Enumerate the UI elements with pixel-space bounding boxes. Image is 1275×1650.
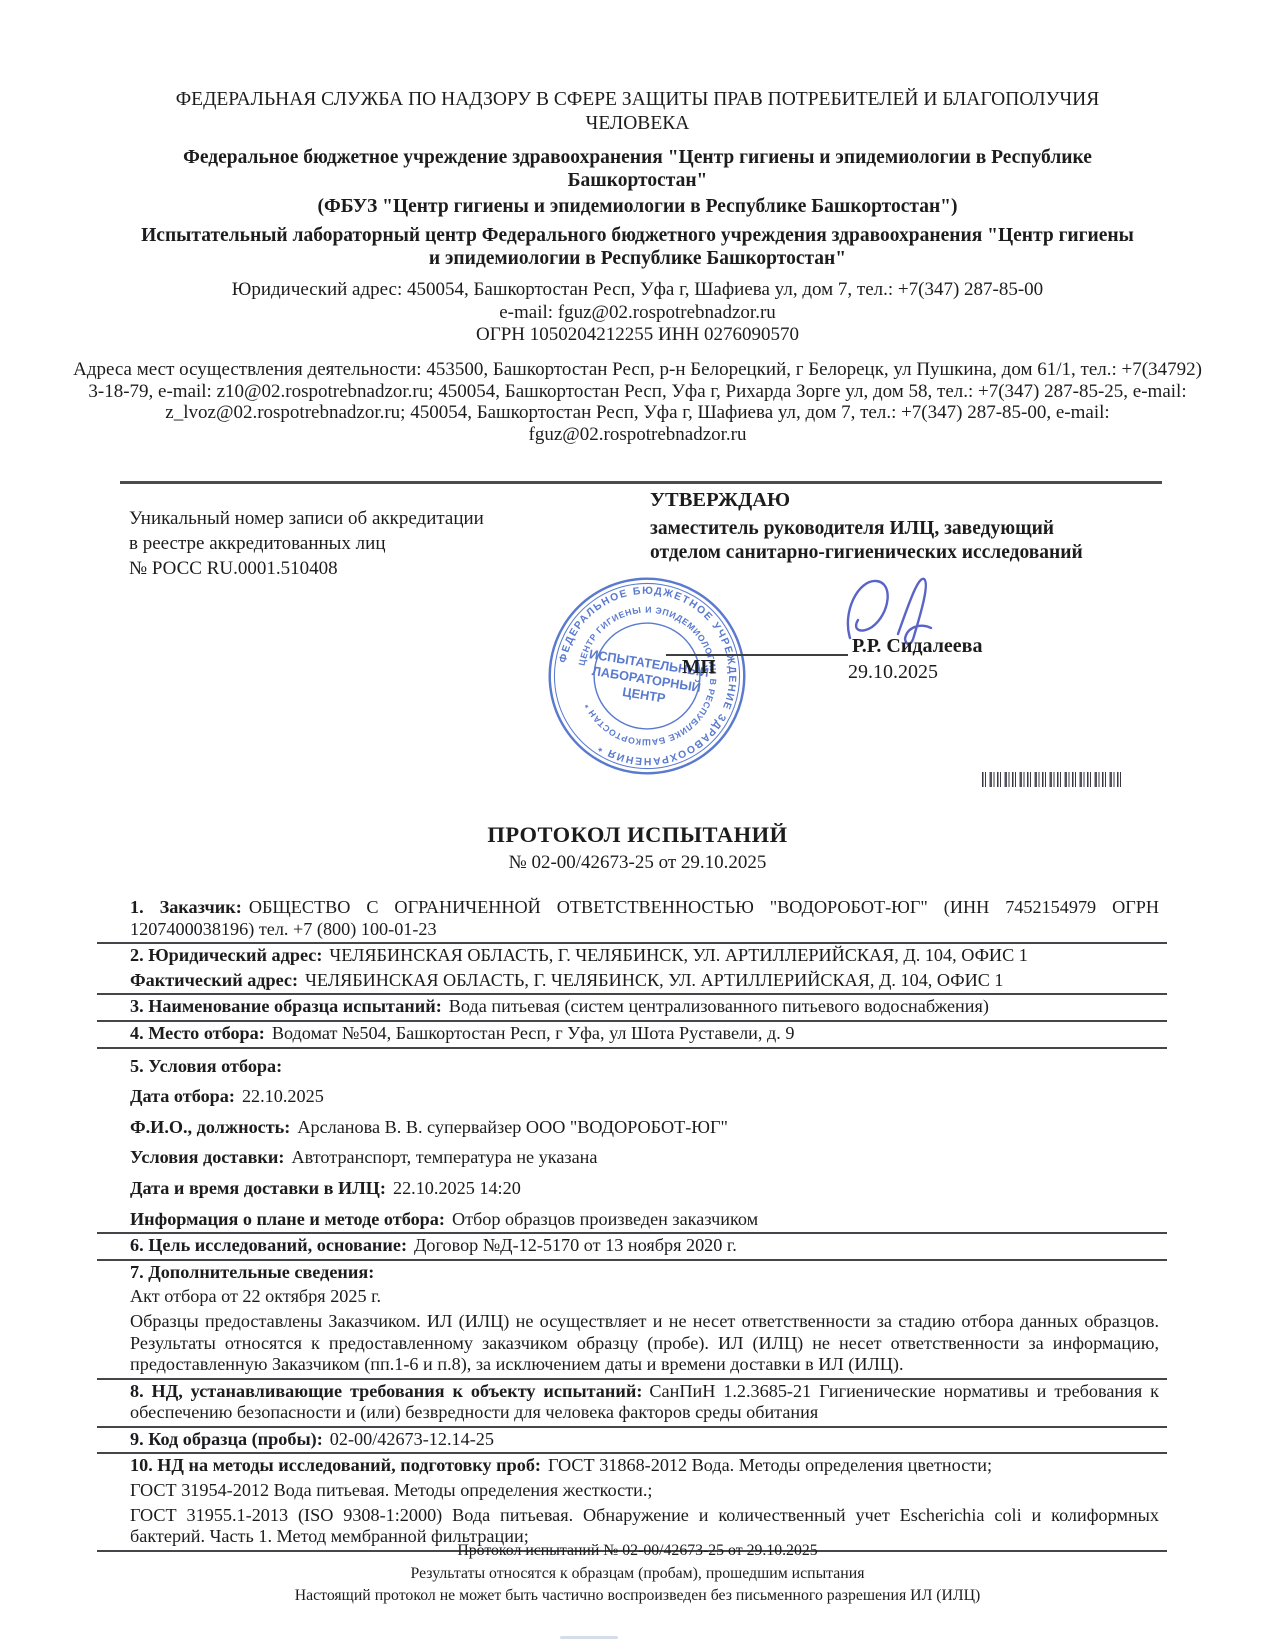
organization-short-name: (ФБУЗ "Центр гигиены и эпидемиологии в Р… [0, 196, 1275, 218]
sampler-name-row: Ф.И.О., должность:Арсланова В. В. суперв… [97, 1116, 1167, 1141]
header-divider [120, 481, 1162, 484]
section-value: ЧЕЛЯБИНСКАЯ ОБЛАСТЬ, Г. ЧЕЛЯБИНСК, УЛ. А… [305, 970, 1003, 990]
method-line: ГОСТ 31954-2012 Вода питьевая. Методы оп… [97, 1479, 1167, 1504]
field-label: Дата отбора: [130, 1086, 235, 1106]
field-value: Отбор образцов произведен заказчиком [452, 1209, 758, 1229]
section-value: Водомат №504, Башкортостан Респ, г Уфа, … [272, 1023, 795, 1043]
section-label: 9. Код образца (пробы): [130, 1429, 323, 1449]
sampling-date-row: Дата отбора:22.10.2025 [97, 1085, 1167, 1110]
barcode [982, 772, 1123, 787]
ogrn-inn-line: ОГРН 1050204212255 ИНН 0276090570 [0, 324, 1275, 347]
section-label-row: 7. Дополнительные сведения: [97, 1261, 1167, 1286]
protocol-sections: 1. Заказчик:ОБЩЕСТВО С ОГРАНИЧЕННОЙ ОТВЕ… [97, 896, 1167, 1552]
section-label: 10. НД на методы исследований, подготовк… [130, 1455, 541, 1475]
approver-position: заместитель руководителя ИЛЦ, заведующий [650, 517, 1083, 541]
section-methods-nd: 10. НД на методы исследований, подготовк… [97, 1454, 1167, 1551]
section-customer: 1. Заказчик:ОБЩЕСТВО С ОГРАНИЧЕННОЙ ОТВЕ… [97, 896, 1167, 944]
section-legal-address: 2. Юридический адрес:ЧЕЛЯБИНСКАЯ ОБЛАСТЬ… [97, 944, 1167, 969]
field-label: Условия доставки: [130, 1147, 284, 1167]
section-sample-code: 9. Код образца (пробы):02-00/42673-12.14… [97, 1428, 1167, 1455]
field-label: Ф.И.О., должность: [130, 1117, 290, 1137]
section-actual-address: Фактический адрес:ЧЕЛЯБИНСКАЯ ОБЛАСТЬ, Г… [97, 969, 1167, 996]
sampling-act-line: Акт отбора от 22 октября 2025 г. [97, 1285, 1167, 1310]
protocol-title-block: ПРОТОКОЛ ИСПЫТАНИЙ № 02-00/42673-25 от 2… [0, 822, 1275, 874]
section-purpose: 6. Цель исследований, основание:Договор … [97, 1234, 1167, 1261]
section-sampling-place: 4. Место отбора:Водомат №504, Башкортост… [97, 1022, 1167, 1049]
page-footer: Протокол испытаний № 02-00/42673-25 от 2… [0, 1540, 1275, 1608]
section-value: ГОСТ 31868-2012 Вода. Методы определения… [548, 1455, 992, 1475]
protocol-number: № 02-00/42673-25 от 29.10.2025 [0, 852, 1275, 874]
section-label: 5. Условия отбора: [130, 1056, 282, 1076]
organization-name: Федеральное бюджетное учреждение здравоо… [0, 146, 1275, 192]
field-label: Информация о плане и методе отбора: [130, 1209, 445, 1229]
section-value: ОБЩЕСТВО С ОГРАНИЧЕННОЙ ОТВЕТСТВЕННОСТЬЮ… [130, 897, 1159, 939]
approver-name: Р.Р. Сидалеева [852, 635, 982, 658]
mp-seal-mark: МП [682, 657, 716, 679]
section-label: 1. Заказчик: [130, 897, 242, 917]
footer-copyright-note: Настоящий протокол не может быть частичн… [0, 1585, 1275, 1608]
section-additional-info: 7. Дополнительные сведения: Акт отбора о… [97, 1261, 1167, 1380]
section-value: Вода питьевая (систем централизованного … [449, 996, 989, 1016]
section-label: 3. Наименование образца испытаний: [130, 996, 442, 1016]
section-label: 6. Цель исследований, основание: [130, 1235, 407, 1255]
section-sample-name: 3. Наименование образца испытаний:Вода п… [97, 995, 1167, 1022]
section-value: ЧЕЛЯБИНСКАЯ ОБЛАСТЬ, Г. ЧЕЛЯБИНСК, УЛ. А… [329, 945, 1027, 965]
section-value: 02-00/42673-12.14-25 [330, 1429, 494, 1449]
delivery-datetime-row: Дата и время доставки в ИЛЦ:22.10.2025 1… [97, 1177, 1167, 1202]
method-line: 10. НД на методы исследований, подготовк… [97, 1454, 1167, 1479]
activity-addresses: Адреса мест осуществления деятельности: … [0, 359, 1275, 445]
lab-round-stamp-icon: ФЕДЕРАЛЬНОЕ БЮДЖЕТНОЕ УЧРЕЖДЕНИЕ ЗДРАВОО… [530, 559, 763, 792]
federal-service-name: ФЕДЕРАЛЬНАЯ СЛУЖБА ПО НАДЗОРУ В СФЕРЕ ЗА… [0, 88, 1275, 136]
section-value: Договор №Д-12-5170 от 13 ноября 2020 г. [414, 1235, 737, 1255]
disclaimer-paragraph: Образцы предоставлены Заказчиком. ИЛ (ИЛ… [97, 1310, 1167, 1378]
section-label: 7. Дополнительные сведения: [130, 1262, 374, 1282]
accreditation-number: № РОСС RU.0001.510408 [129, 556, 484, 581]
accreditation-block: Уникальный номер записи об аккредитации … [129, 506, 484, 581]
field-value: 22.10.2025 14:20 [393, 1178, 521, 1198]
legal-contact-block: Юридический адрес: 450054, Башкортостан … [0, 279, 1275, 347]
section-sampling-conditions: 5. Условия отбора: [97, 1055, 1167, 1080]
protocol-title: ПРОТОКОЛ ИСПЫТАНИЙ [0, 822, 1275, 848]
signature-line [666, 654, 848, 656]
section-label: 4. Место отбора: [130, 1023, 265, 1043]
section-label: 2. Юридический адрес: [130, 945, 322, 965]
scan-smudge-artifact [560, 1636, 618, 1639]
field-value: 22.10.2025 [242, 1086, 324, 1106]
section-label: Фактический адрес: [130, 970, 298, 990]
legal-address: Юридический адрес: 450054, Башкортостан … [0, 279, 1275, 302]
field-label: Дата и время доставки в ИЛЦ: [130, 1178, 386, 1198]
accreditation-line: в реестре аккредитованных лиц [129, 531, 484, 556]
footer-note: Результаты относятся к образцам (пробам)… [0, 1563, 1275, 1586]
section-requirements-nd: 8. НД, устанавливающие требования к объе… [97, 1380, 1167, 1428]
approval-date: 29.10.2025 [848, 661, 938, 684]
delivery-conditions-row: Условия доставки:Автотранспорт, температ… [97, 1146, 1167, 1171]
approval-title: УТВЕРЖДАЮ [650, 488, 1083, 512]
accreditation-line: Уникальный номер записи об аккредитации [129, 506, 484, 531]
field-value: Арсланова В. В. супервайзер ООО "ВОДОРОБ… [297, 1117, 728, 1137]
sampling-plan-row: Информация о плане и методе отбора:Отбор… [97, 1208, 1167, 1235]
field-value: Автотранспорт, температура не указана [291, 1147, 597, 1167]
protocol-document-page: ФЕДЕРАЛЬНАЯ СЛУЖБА ПО НАДЗОРУ В СФЕРЕ ЗА… [0, 0, 1275, 1650]
approver-position: отделом санитарно-гигиенических исследов… [650, 541, 1083, 565]
footer-protocol-ref: Протокол испытаний № 02-00/42673-25 от 2… [0, 1540, 1275, 1563]
approval-block: УТВЕРЖДАЮ заместитель руководителя ИЛЦ, … [650, 488, 1083, 565]
section-label: 8. НД, устанавливающие требования к объе… [130, 1381, 642, 1401]
laboratory-name: Испытательный лабораторный центр Федерал… [0, 224, 1275, 270]
email-line: e-mail: fguz@02.rospotrebnadzor.ru [0, 302, 1275, 325]
